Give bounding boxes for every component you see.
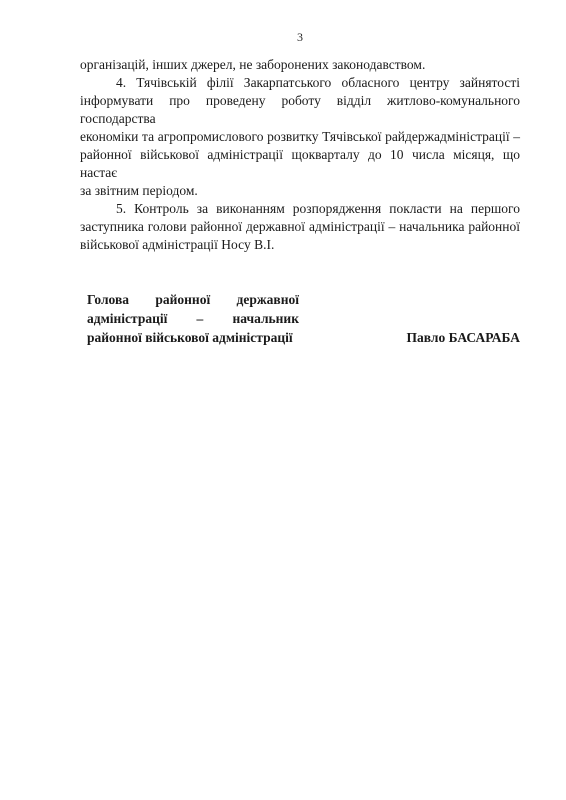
signature-title-line-3: районної військової адміністрації <box>87 328 299 347</box>
paragraph-5-line-3: військової адміністрації Носу В.І. <box>80 236 520 254</box>
paragraph-4-line-1: 4. Тячівській філії Закарпатського облас… <box>80 74 520 92</box>
paragraph-5: 5. Контроль за виконанням розпорядження … <box>80 200 520 254</box>
signature-block: Голова районної державної адміністрації … <box>80 290 520 347</box>
document-body: організацій, інших джерел, не заборонени… <box>80 56 520 347</box>
paragraph-3-continuation: організацій, інших джерел, не заборонени… <box>80 56 520 74</box>
document-page: 3 організацій, інших джерел, не забороне… <box>0 0 566 800</box>
paragraph-4-line-4: районної військової адміністрації щоквар… <box>80 146 520 182</box>
paragraph-5-line-2: заступника голови районної державної адм… <box>80 218 520 236</box>
page-number: 3 <box>80 0 520 44</box>
signature-title-line-2: адміністрації – начальник <box>87 309 299 328</box>
paragraph-5-line-1: 5. Контроль за виконанням розпорядження … <box>80 200 520 218</box>
signature-title-line-1: Голова районної державної <box>87 290 299 309</box>
paragraph-4-line-5: за звітним періодом. <box>80 182 520 200</box>
signature-title: Голова районної державної адміністрації … <box>87 290 299 347</box>
paragraph-4: 4. Тячівській філії Закарпатського облас… <box>80 74 520 200</box>
signature-name: Павло БАСАРАБА <box>407 328 520 347</box>
paragraph-4-line-3: економіки та агропромислового розвитку Т… <box>80 128 520 146</box>
paragraph-4-line-2: інформувати про проведену роботу відділ … <box>80 92 520 128</box>
